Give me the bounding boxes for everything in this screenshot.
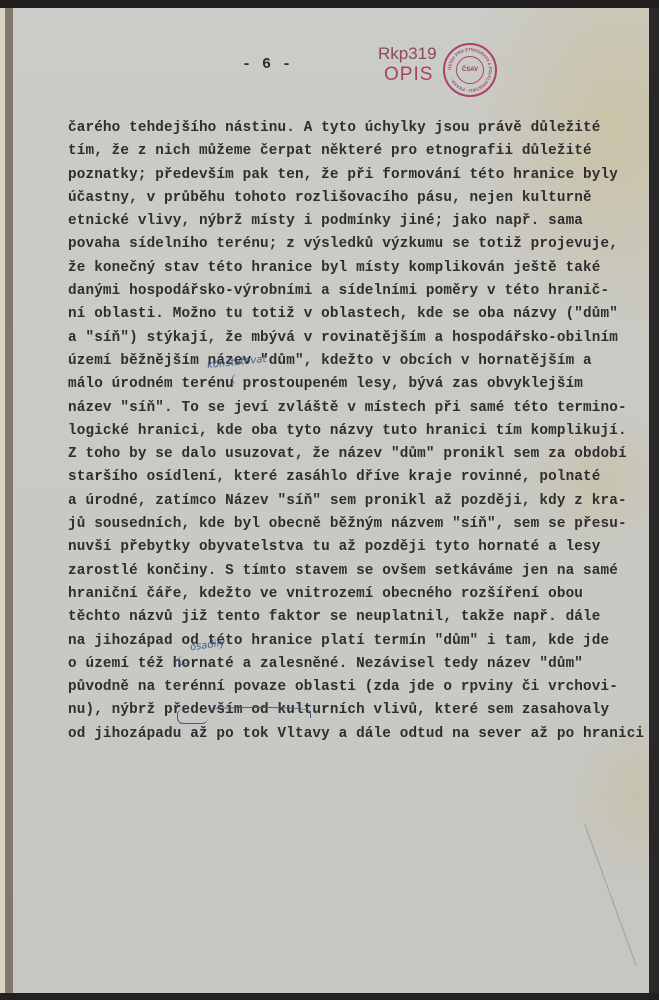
text-line: těchto názvů již tento faktor se neuplat… bbox=[68, 606, 659, 629]
text-line: jů sousedních, kde byl obecně běžným náz… bbox=[68, 513, 659, 536]
typewritten-body: čarého tehdejšího nástinu. A tyto úchylk… bbox=[68, 117, 659, 746]
pen-correction-mark bbox=[205, 707, 311, 718]
scan-frame-bottom bbox=[0, 993, 659, 1000]
text-line: danými hospodářsko-výrobními a sídelními… bbox=[68, 280, 659, 303]
pen-insertion-mark bbox=[178, 656, 187, 665]
text-line: a "síň") stýkají, že mbývá v rovinatější… bbox=[68, 327, 659, 350]
text-line: účastny, v průběhu tohoto rozlišovacího … bbox=[68, 187, 659, 210]
institution-seal: ÚSTAV PRO ETNOGRAFII A FOLKLORISTIKU · P… bbox=[443, 43, 497, 97]
scan-frame-top bbox=[0, 0, 659, 8]
text-line: že konečný stav této hranice byl místy k… bbox=[68, 257, 659, 280]
text-line: od jihozápadu až po tok Vltavy a dále od… bbox=[68, 723, 659, 746]
page-number: - 6 - bbox=[242, 56, 292, 73]
text-line: málo úrodném terénu prostoupeném lesy, b… bbox=[68, 373, 659, 396]
text-line: poznatky; především pak ten, že při form… bbox=[68, 164, 659, 187]
page-binding-edge bbox=[5, 8, 13, 993]
text-line: nu), nýbrž především od kulturních vlivů… bbox=[68, 699, 659, 722]
text-line: území běžnějším název "dům", kdežto v ob… bbox=[68, 350, 659, 373]
archive-code-stamp: Rkp319 bbox=[378, 44, 437, 64]
text-line: etnické vlivy, nýbrž místy i podmínky ji… bbox=[68, 210, 659, 233]
text-line: na jihozápad od této hranice platí termí… bbox=[68, 630, 659, 653]
text-line: staršího osídlení, které zasáhlo dříve k… bbox=[68, 466, 659, 489]
text-line: původně na terénní povaze oblasti (zda j… bbox=[68, 676, 659, 699]
pen-insertion-mark bbox=[232, 374, 241, 384]
text-line: Z toho by se dalo usuzovat, že název "dů… bbox=[68, 443, 659, 466]
pen-correction-mark bbox=[177, 709, 208, 724]
text-line: název "síň". To se jeví zvláště v místec… bbox=[68, 397, 659, 420]
text-line: a úrodné, zatímco Název "síň" sem pronik… bbox=[68, 490, 659, 513]
text-line: hraniční čáře, kdežto ve vnitrozemí obec… bbox=[68, 583, 659, 606]
text-line: povaha sídelního terénu; z výsledků výzk… bbox=[68, 233, 659, 256]
text-line: o území též hornaté a zalesněné. Nezávis… bbox=[68, 653, 659, 676]
text-line: logické hranici, kde oba tyto názvy tuto… bbox=[68, 420, 659, 443]
text-line: ní oblasti. Možno tu totiž v oblastech, … bbox=[68, 303, 659, 326]
text-line: zarostlé končiny. S tímto stavem se ovše… bbox=[68, 560, 659, 583]
text-line: tím, že z nich můžeme čerpat některé pro… bbox=[68, 140, 659, 163]
text-line: čarého tehdejšího nástinu. A tyto úchylk… bbox=[68, 117, 659, 140]
copy-stamp: OPIS bbox=[384, 64, 433, 86]
text-line: nuvší přebytky obyvatelstva tu až pozděj… bbox=[68, 536, 659, 559]
seal-center: ČSAV bbox=[456, 56, 484, 84]
